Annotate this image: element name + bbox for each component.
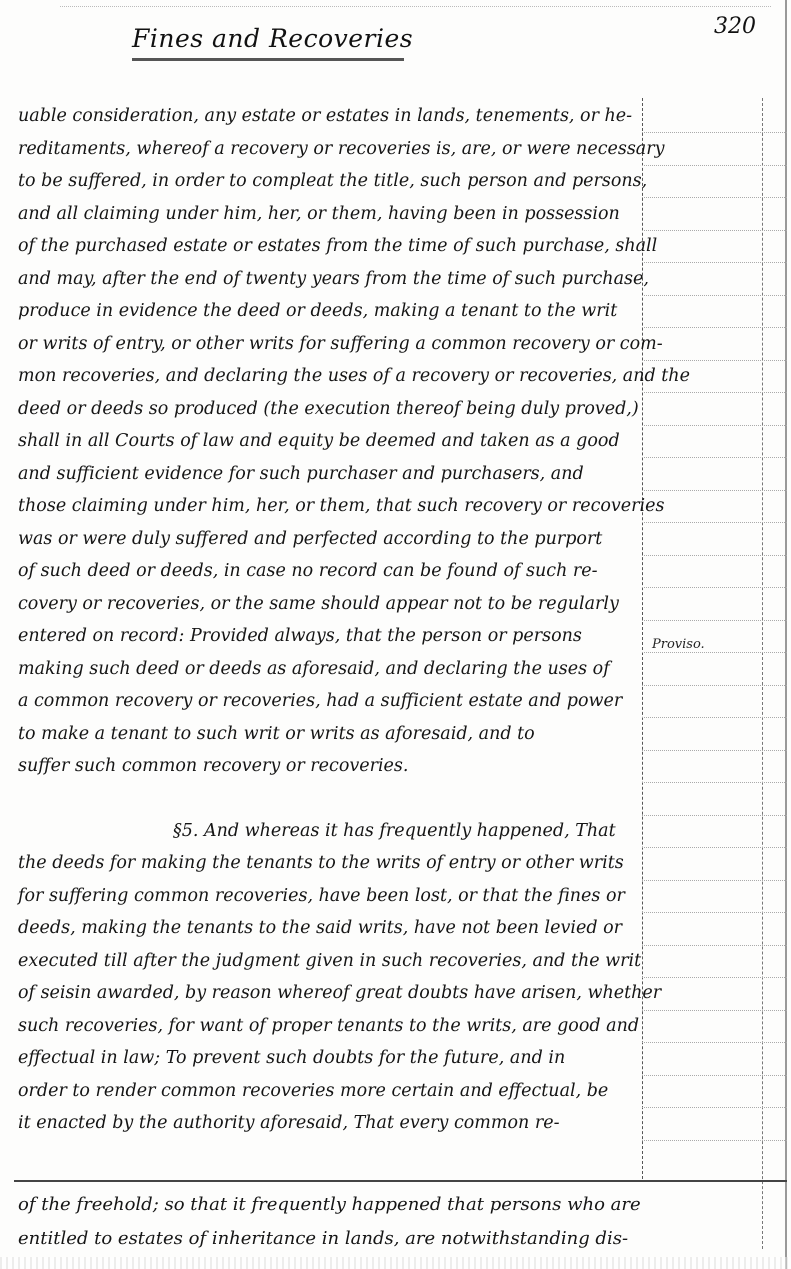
ruled-line [642,587,787,588]
ruled-line [642,652,787,653]
text-line: produce in evidence the deed or deeds, m… [18,295,640,328]
ruled-line [642,977,787,978]
ruled-line [642,717,787,718]
paragraph-section-5: the deeds for making the tenants to the … [18,847,640,1140]
ruled-line [642,815,787,816]
text-line: shall in all Courts of law and equity be… [18,425,640,458]
text-line: reditaments, whereof a recovery or recov… [18,133,640,166]
text-line: of the freehold; so that it frequently h… [18,1188,788,1222]
text-line: and all claiming under him, her, or them… [18,198,640,231]
ruled-line [642,1107,787,1108]
page-edge [785,0,787,1269]
ruled-line [642,1010,787,1011]
section-5-heading-line: §5. And whereas it has frequently happen… [18,815,640,848]
text-line: of the purchased estate or estates from … [18,230,640,263]
ruled-line [642,490,787,491]
ruled-line [642,522,787,523]
text-line: effectual in law; To prevent such doubts… [18,1042,640,1075]
ruled-line [642,555,787,556]
text-line: it enacted by the authority aforesaid, T… [18,1107,640,1140]
ruled-line [642,392,787,393]
ruled-line [642,132,787,133]
ruled-line [642,1075,787,1076]
ruled-line [642,685,787,686]
ruled-line [642,425,787,426]
text-line: or writs of entry, or other writs for su… [18,328,640,361]
text-line: executed till after the judgment given i… [18,945,640,978]
title-underline [132,58,404,61]
ruled-line [642,295,787,296]
text-line: to be suffered, in order to compleat the… [18,165,640,198]
ruled-line [642,912,787,913]
text-line: for suffering common recoveries, have be… [18,880,640,913]
paragraph-gap [18,783,640,815]
text-line: making such deed or deeds as aforesaid, … [18,653,640,686]
text-line: deed or deeds so produced (the execution… [18,393,640,426]
ruled-line [642,1042,787,1043]
text-line: entitled to estates of inheritance in la… [18,1222,788,1256]
text-line: of such deed or deeds, in case no record… [18,555,640,588]
text-line: deeds, making the tenants to the said wr… [18,912,640,945]
margin-rule [642,98,643,1179]
text-line: and may, after the end of twenty years f… [18,263,640,296]
top-edge-noise [60,6,771,9]
text-line: the deeds for making the tenants to the … [18,847,640,880]
page-title: Fines and Recoveries [132,24,413,53]
ruled-line [642,165,787,166]
ruled-line [642,847,787,848]
text-line: entered on record: Provided always, that… [18,620,640,653]
text-line: to make a tenant to such writ or writs a… [18,718,640,751]
text-line: was or were duly suffered and perfected … [18,523,640,556]
text-line: those claiming under him, her, or them, … [18,490,640,523]
text-line: suffer such common recovery or recoverie… [18,750,640,783]
body-text: uable consideration, any estate or estat… [18,100,640,1140]
ruled-line [642,750,787,751]
text-line: order to render common recoveries more c… [18,1075,640,1108]
paragraph-continued: uable consideration, any estate or estat… [18,100,640,783]
bottom-edge-noise [0,1257,791,1269]
ruled-line [642,620,787,621]
ruled-line [642,230,787,231]
margin-note-proviso: Proviso. [652,637,705,652]
text-line: and sufficient evidence for such purchas… [18,458,640,491]
ruled-line [642,945,787,946]
page-divider [14,1180,787,1182]
ruled-line [642,1140,787,1141]
ruled-line [642,782,787,783]
ruled-line [642,197,787,198]
ruled-line [642,360,787,361]
text-line: mon recoveries, and declaring the uses o… [18,360,640,393]
ruled-line [642,262,787,263]
ruled-line [642,457,787,458]
continuation-text: of the freehold; so that it frequently h… [18,1188,788,1256]
text-line: such recoveries, for want of proper tena… [18,1010,640,1043]
text-line: a common recovery or recoveries, had a s… [18,685,640,718]
ruled-line [642,880,787,881]
ruled-line [642,327,787,328]
text-line: of seisin awarded, by reason whereof gre… [18,977,640,1010]
manuscript-page: Fines and Recoveries 320 uable considera… [0,0,791,1269]
text-line: uable consideration, any estate or estat… [18,100,640,133]
text-line: covery or recoveries, or the same should… [18,588,640,621]
page-number: 320 [714,14,756,39]
outer-margin-rule [762,98,763,1249]
